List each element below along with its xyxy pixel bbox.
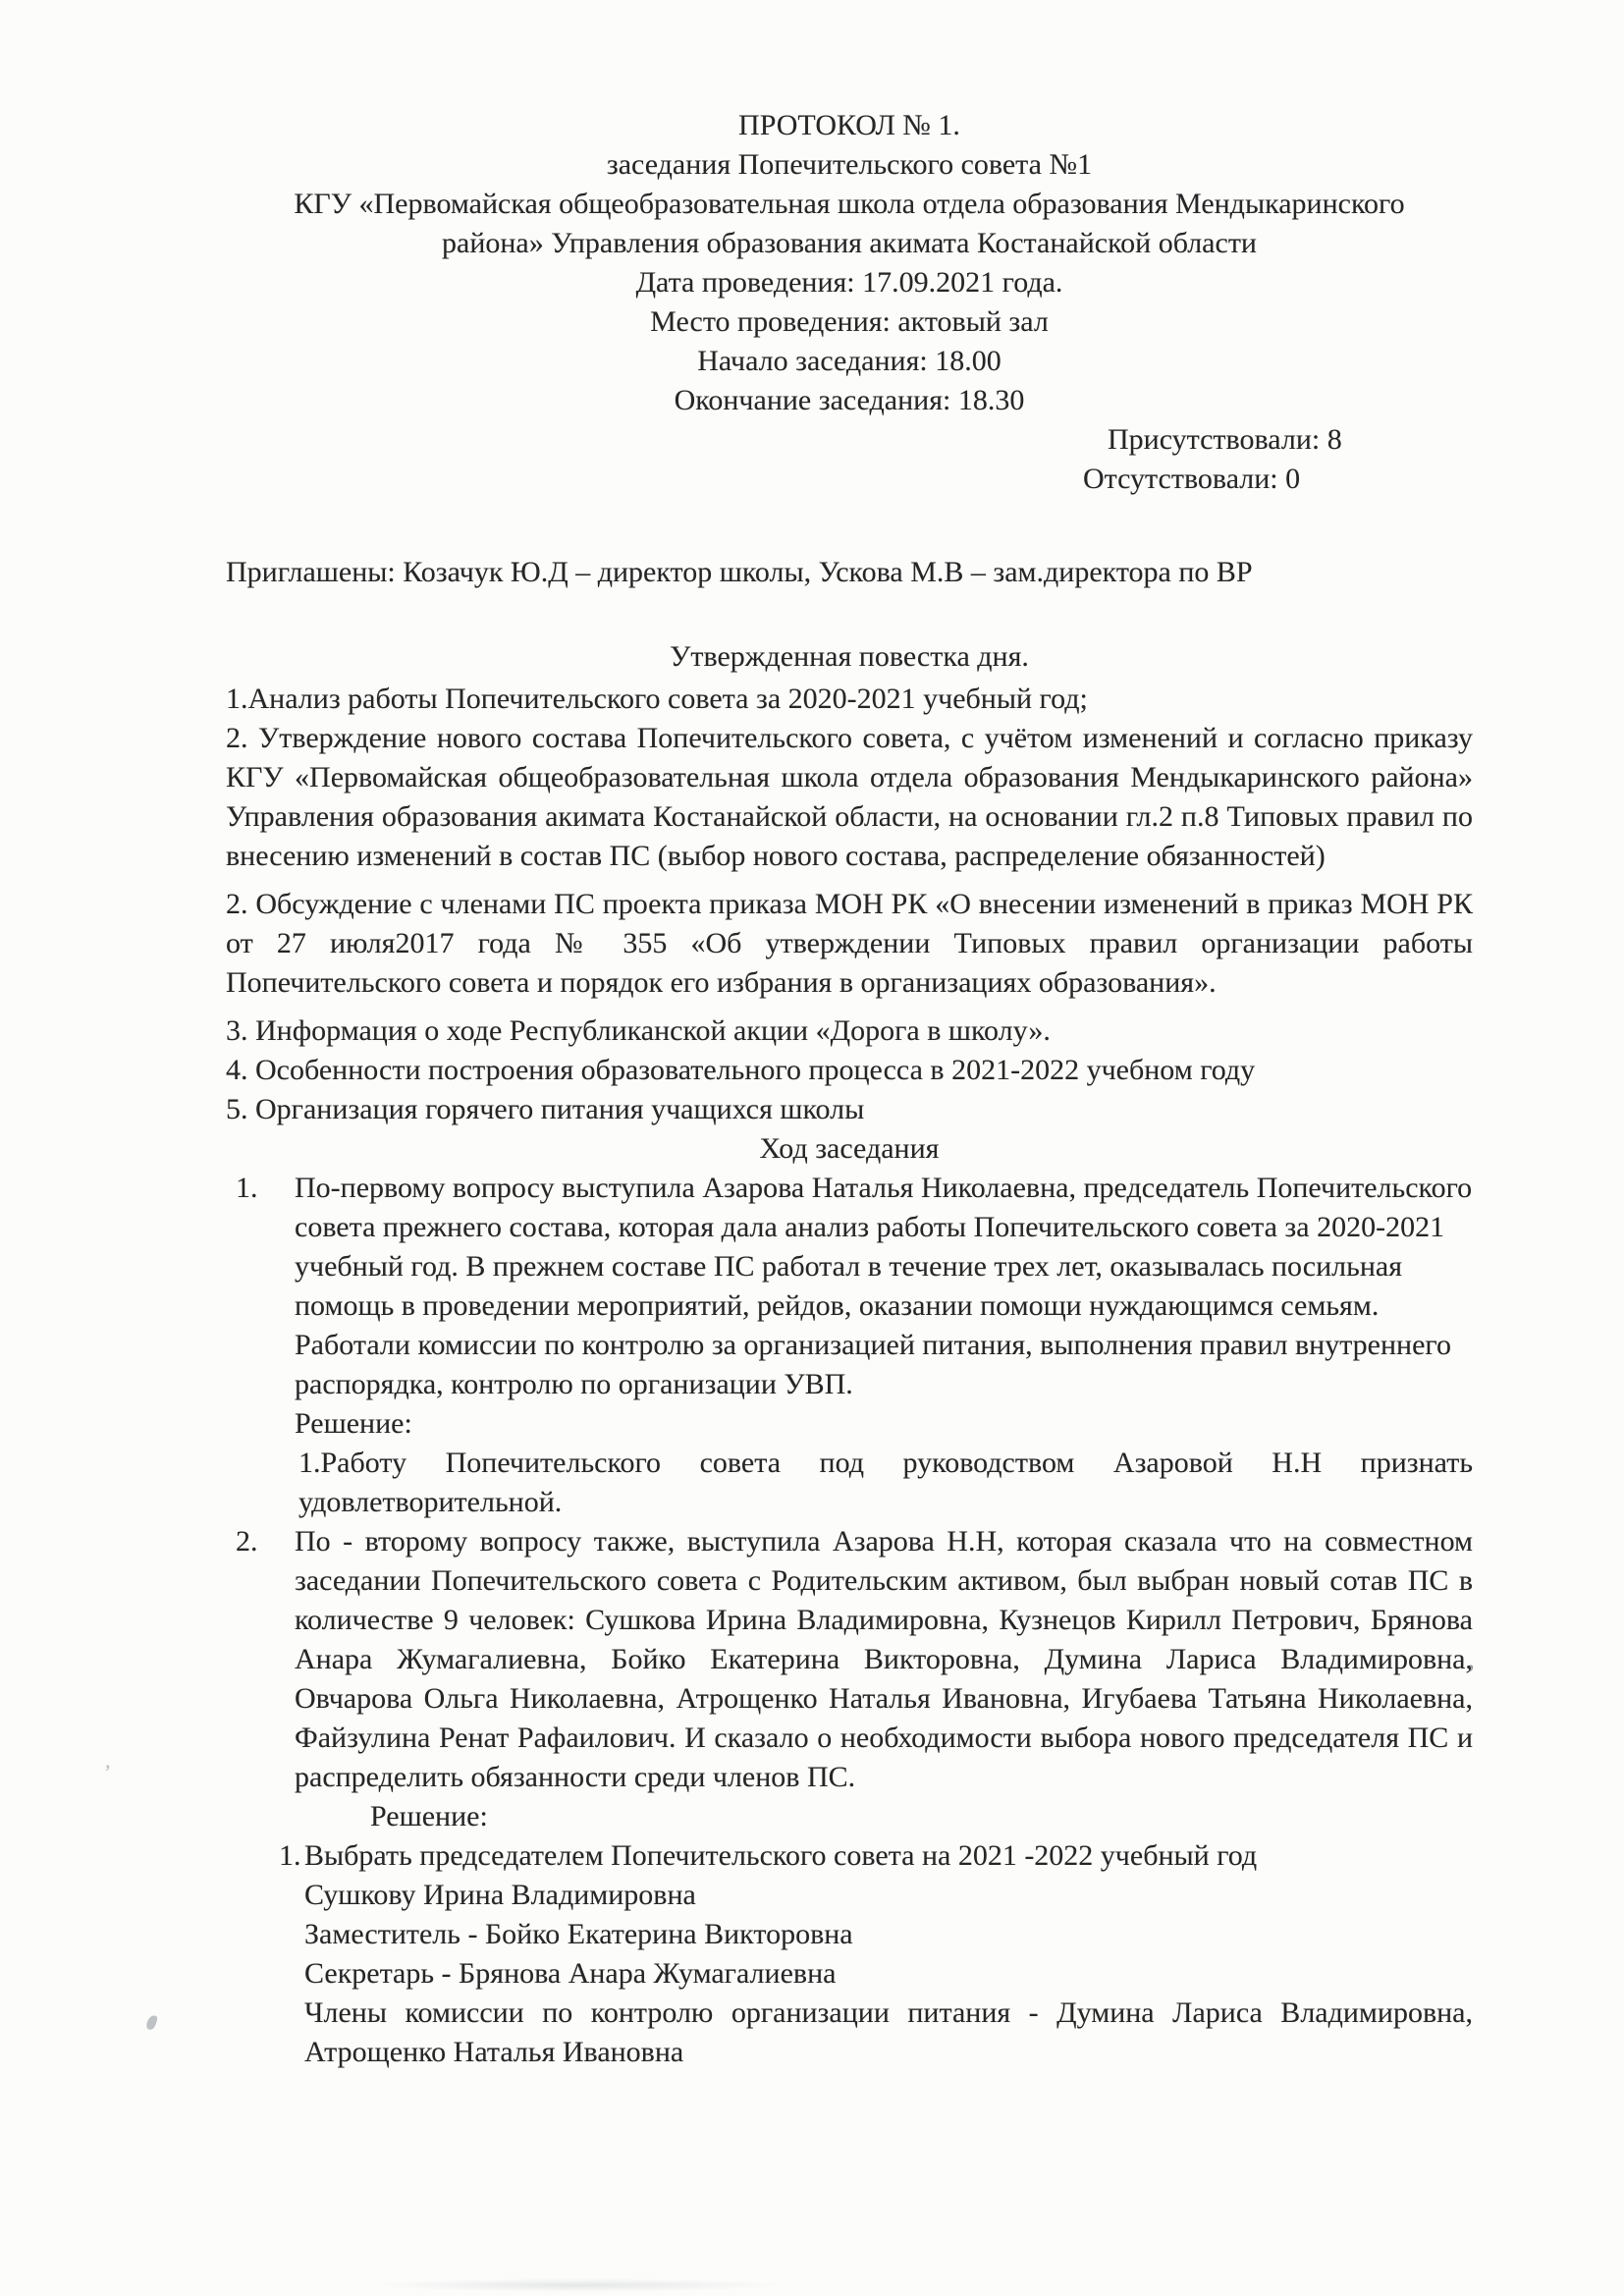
decision-2-line-secretary: Секретарь - Брянова Анара Жумагалиевна (226, 1954, 1473, 1994)
decision-2-line-chairman-name: Сушкову Ирина Владимировна (226, 1876, 1473, 1915)
start-time-line: Начало заседания: 18.00 (226, 342, 1473, 381)
date-line: Дата проведения: 17.09.2021 года. (226, 263, 1473, 302)
scan-speck (145, 2014, 158, 2031)
agenda-item-3: 2. Обсуждение с членами ПС проекта прика… (226, 885, 1473, 1003)
agenda-item-2: 2. Утверждение нового состава Попечитель… (226, 719, 1473, 876)
agenda-item-1: 1.Анализ работы Попечительского совета з… (226, 680, 1473, 719)
proceedings-item-1: 1. По-первому вопросу выступила Азарова … (226, 1169, 1473, 1404)
document-body: ПРОТОКОЛ № 1. заседания Попечительского … (226, 106, 1473, 2072)
decision-1-label: Решение: (295, 1404, 1473, 1444)
agenda-item-4: 3. Информация о ходе Республиканской акц… (226, 1011, 1473, 1051)
meeting-subtitle: заседания Попечительского совета №1 (226, 145, 1473, 185)
place-line: Место проведения: актовый зал (226, 302, 1473, 342)
proceedings-heading: Ход заседания (226, 1129, 1473, 1169)
decision-2-line-chairman: Выбрать председателем Попечительского со… (304, 1836, 1473, 1876)
agenda-heading: Утвержденная повестка дня. (226, 637, 1473, 677)
present-count-line: Присутствовали: 8 (1108, 420, 1473, 460)
proceedings-item-1-number: 1. (236, 1169, 258, 1208)
proceedings-item-1-text: По-первому вопросу выступила Азарова Нат… (295, 1169, 1473, 1404)
proceedings-item-2: 2. По - второму вопросу также, выступила… (226, 1522, 1473, 1797)
decision-2-line-commission-members: Члены комиссии по контролю организации п… (226, 1994, 1473, 2072)
proceedings-item-2-number: 2. (236, 1522, 258, 1561)
end-time-line: Окончание заседания: 18.30 (226, 381, 1473, 420)
decision-2-label: Решение: (370, 1797, 1473, 1836)
absent-count-line: Отсутствовали: 0 (1083, 460, 1473, 499)
scanned-protocol-page: ПРОТОКОЛ № 1. заседания Попечительского … (0, 0, 1624, 2296)
proceedings-item-2-text: По - второму вопросу также, выступила Аз… (295, 1522, 1473, 1797)
decision-1-text: 1.Работу Попечительского совета под руко… (298, 1444, 1473, 1522)
organization-line-1: КГУ «Первомайская общеобразовательная шк… (226, 185, 1473, 224)
protocol-title: ПРОТОКОЛ № 1. (226, 106, 1473, 145)
decision-2-subitem-1-number: 1. (279, 1836, 301, 1876)
scan-speck: ‚ (104, 1756, 120, 1766)
agenda-item-5: 4. Особенности построения образовательно… (226, 1051, 1473, 1090)
attendance-block: Присутствовали: 8 Отсутствовали: 0 (226, 420, 1473, 499)
scan-smear (373, 2278, 785, 2292)
decision-2-line-deputy: Заместитель - Бойко Екатерина Викторовна (226, 1915, 1473, 1954)
decision-2-subitem-1: 1. Выбрать председателем Попечительского… (226, 1836, 1473, 1876)
invited-line: Приглашены: Козачук Ю.Д – директор школы… (226, 553, 1473, 592)
agenda-item-6: 5. Организация горячего питания учащихся… (226, 1090, 1473, 1129)
organization-line-2: района» Управления образования акимата К… (226, 224, 1473, 263)
